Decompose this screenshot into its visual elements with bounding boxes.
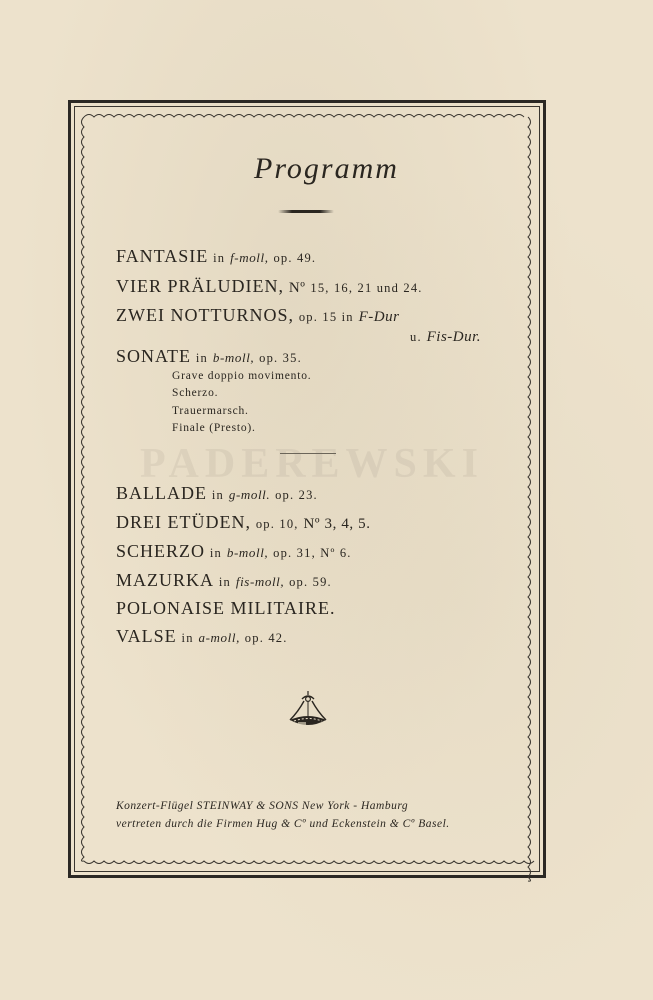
faded-watermark-text: PADEREWSKI	[140, 440, 484, 488]
program-item-praeludien: VIER PRÄLUDIEN, Nº 15, 16, 21 und 24.	[116, 276, 423, 297]
program-item-fantasie: FANTASIE in f-moll, op. 49.	[116, 246, 316, 267]
program-item-ballade: BALLADE in g-moll. op. 23.	[116, 483, 318, 504]
program-item-sonate: SONATE in b-moll, op. 35.	[116, 346, 302, 367]
sonata-movement: Scherzo.	[172, 387, 218, 399]
footer-line-1: Konzert-Flügel STEINWAY & SONS New York …	[116, 800, 408, 812]
program-item-scherzo: SCHERZO in b-moll, op. 31, Nº 6.	[116, 541, 352, 562]
sonata-movement: Finale (Presto).	[172, 422, 256, 434]
page-title: Programm	[0, 152, 653, 186]
title-divider	[278, 210, 334, 213]
program-item-etueden: DREI ETÜDEN, op. 10, Nº 3, 4, 5.	[116, 512, 371, 533]
section-divider	[280, 453, 336, 454]
program-item-valse: VALSE in a-moll, op. 42.	[116, 626, 288, 647]
sonata-movement: Grave doppio movimento.	[172, 370, 311, 382]
piano-lamp-ornament-icon	[286, 690, 330, 734]
footer-line-2: vertreten durch die Firmen Hug & Cº und …	[116, 818, 450, 830]
program-item-polonaise: POLONAISE MILITAIRE.	[116, 598, 336, 619]
program-item-mazurka: MAZURKA in fis-moll, op. 59.	[116, 570, 332, 591]
program-item-notturnos-second-key: u. Fis-Dur.	[410, 326, 481, 346]
program-item-notturnos: ZWEI NOTTURNOS, op. 15 in F-Dur	[116, 305, 399, 326]
sonata-movement: Trauermarsch.	[172, 405, 249, 417]
